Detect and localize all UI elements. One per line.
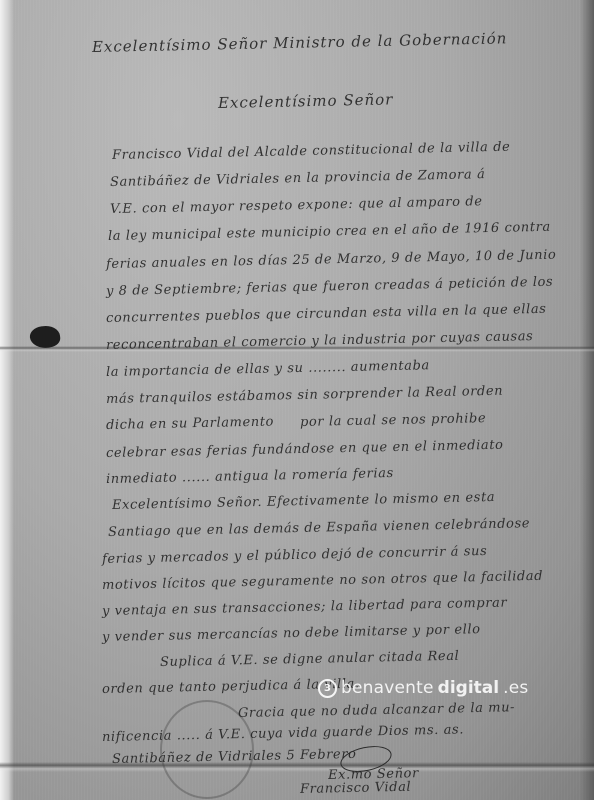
letter-text-line: y 8 de Septiembre; ferias que fueron cre… xyxy=(106,275,554,299)
letter-text-line: inmediato ...... antigua la romería feri… xyxy=(106,466,394,487)
letter-text-line: la importancia de ellas y su ........ au… xyxy=(106,358,430,380)
letter-text-line: ferias y mercados y el público dejó de c… xyxy=(102,544,488,567)
letter-text-line: V.E. con el mayor respeto expone: que al… xyxy=(110,194,483,217)
letter-text-line: concurrentes pueblos que circundan esta … xyxy=(106,302,547,326)
letter-heading-line: Excelentísimo Señor Ministro de la Gober… xyxy=(92,29,508,56)
letter-text-line: por la cual se nos prohibe xyxy=(300,411,487,430)
letter-text-line: motivos lícitos que seguramente no son o… xyxy=(102,569,543,593)
letter-text-line: y vender sus mercancías no debe limitars… xyxy=(102,622,481,645)
letter-text-line: Santiago que en las demás de España vien… xyxy=(108,516,530,540)
watermark-text-light: benavente xyxy=(341,678,434,698)
paper-right-edge xyxy=(580,0,594,800)
letter-text-line: ferias anuales en los días 25 de Marzo, … xyxy=(106,248,557,272)
fold-crease-bottom xyxy=(0,762,594,772)
letter-text-line: Francisco Vidal del Alcalde constitucion… xyxy=(112,140,511,163)
letter-text-line: Gracia que no duda alcanzar de la mu- xyxy=(238,700,515,721)
document-page: Excelentísimo Señor Ministro de la Gober… xyxy=(0,0,594,800)
watermark-logo-icon: 3 xyxy=(318,679,337,698)
letter-heading-line: Excelentísimo Señor xyxy=(218,90,394,112)
letter-text-line: la ley municipal este municipio crea en … xyxy=(108,220,551,244)
letter-text-line: más tranquilos estábamos sin sorprender … xyxy=(106,384,503,407)
letter-text-line: Francisco Vidal xyxy=(300,780,412,797)
letter-text-line: Suplica á V.E. se digne anular citada Re… xyxy=(160,649,460,670)
watermark-text-bold: digital xyxy=(438,678,499,698)
letter-text-line: Santibáñez de Vidriales en la provincia … xyxy=(110,167,486,190)
watermark-text-suffix: .es xyxy=(503,678,528,698)
letter-text-line: dicha en su Parlamento xyxy=(106,414,274,433)
paper-left-edge xyxy=(0,0,14,800)
benavente-digital-watermark: 3 benaventedigital.es xyxy=(318,678,528,698)
letter-text-line: celebrar esas ferias fundándose en que e… xyxy=(106,438,504,461)
letter-text-line: Excelentísimo Señor. Efectivamente lo mi… xyxy=(112,490,495,513)
letter-text-line: y ventaja en sus transacciones; la liber… xyxy=(102,596,508,619)
letter-text-line: nificencia ..... á V.E. cuya vida guarde… xyxy=(102,722,464,745)
